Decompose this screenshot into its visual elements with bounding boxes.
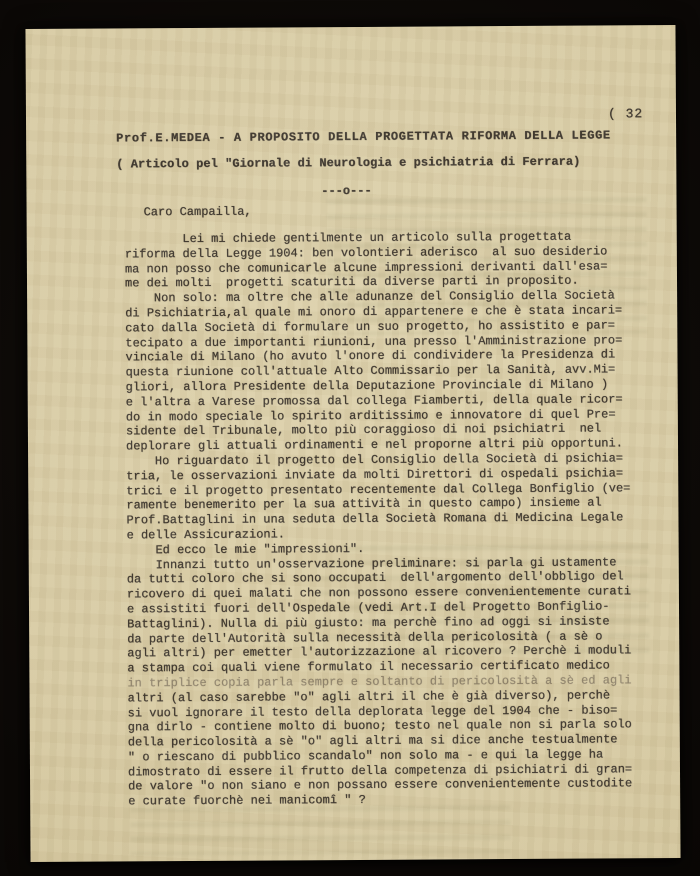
document-page: ( 32 Prof.E.MEDEA - A PROPOSITO DELLA PR… <box>25 25 680 862</box>
typed-line: Prof.Battaglini in una seduta della Soci… <box>126 510 630 528</box>
document-title: Prof.E.MEDEA - A PROPOSITO DELLA PROGETT… <box>116 128 611 145</box>
bleedthrough-texture <box>130 801 510 855</box>
page-number: ( 32 <box>608 106 643 121</box>
scanned-page-background: ( 32 Prof.E.MEDEA - A PROPOSITO DELLA PR… <box>0 0 700 876</box>
salutation: Caro Campailla, <box>144 205 252 220</box>
document-subtitle: ( Articolo pel "Giornale di Neurologia e… <box>116 155 580 172</box>
section-separator: ---o--- <box>116 183 576 200</box>
typed-line: e curate fuorchè nei manicomî " ? <box>128 792 632 810</box>
typed-body: Lei mi chiede gentilmente un articolo su… <box>125 229 633 809</box>
